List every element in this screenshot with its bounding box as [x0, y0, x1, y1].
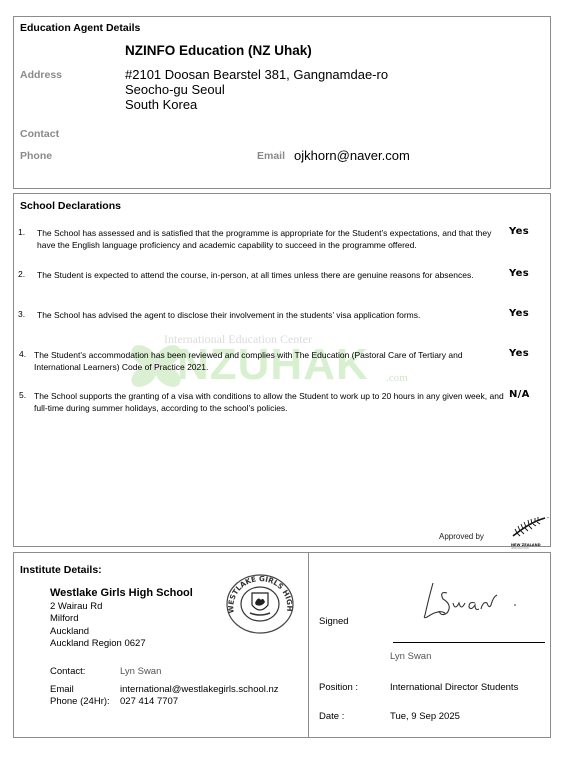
- declaration-number: 2.: [18, 269, 25, 279]
- school-address: 2 Wairau Rd Milford Auckland Auckland Re…: [50, 601, 146, 650]
- address-line: Milford: [50, 613, 146, 625]
- institute-email-label: Email: [50, 684, 74, 695]
- declaration-number: 1.: [18, 227, 25, 237]
- nz-immigration-logo: NEW ZEALAND IMMIGRATION: [511, 516, 549, 546]
- agent-details-section: Education Agent Details NZINFO Education…: [13, 16, 551, 189]
- institute-phone-value: 027 414 7707: [120, 696, 178, 708]
- declaration-number: 3.: [18, 309, 25, 319]
- contact-label: Contact: [20, 128, 59, 140]
- declarations-title: School Declarations: [20, 200, 121, 212]
- date-label: Date :: [319, 711, 344, 722]
- school-crest-icon: WESTLAKE GIRLS HIGH SCHOOL: [225, 573, 295, 635]
- agent-address: #2101 Doosan Bearstel 381, Gangnamdae-ro…: [125, 67, 388, 112]
- signed-label: Signed: [319, 616, 349, 627]
- declaration-answer: Yes: [509, 348, 529, 359]
- declaration-text: The School has assessed and is satisfied…: [37, 227, 507, 251]
- institute-contact-label: Contact:: [50, 666, 85, 677]
- position-value: International Director Students: [390, 682, 518, 694]
- declaration-text: The School supports the granting of a vi…: [34, 390, 504, 414]
- institute-email-value[interactable]: international@westlakegirls.school.nz: [120, 684, 279, 696]
- silver-fern-icon: [511, 516, 549, 538]
- institute-contact-value: Lyn Swan: [120, 666, 161, 677]
- declaration-number: 4.: [19, 349, 26, 359]
- approved-by-label: Approved by: [439, 532, 484, 541]
- address-line: South Korea: [125, 97, 388, 112]
- declaration-answer: Yes: [509, 268, 529, 279]
- address-line: 2 Wairau Rd: [50, 601, 146, 613]
- email-label: Email: [257, 150, 285, 162]
- declaration-text: The Student is expected to attend the co…: [37, 269, 507, 281]
- nz-logo-subtext: IMMIGRATION: [511, 547, 549, 550]
- school-name: Westlake Girls High School: [50, 587, 193, 599]
- signature-image: [419, 575, 549, 625]
- agent-name: NZINFO Education (NZ Uhak): [125, 43, 312, 58]
- address-line: Seocho-gu Seoul: [125, 82, 388, 97]
- watermark-suffix: .com: [386, 372, 408, 384]
- declaration-number: 5.: [19, 390, 26, 400]
- address-line: Auckland Region 0627: [50, 638, 146, 650]
- school-declarations-section: International Education Center NZUHAK .c…: [13, 193, 551, 547]
- column-divider: [308, 553, 309, 737]
- date-value: Tue, 9 Sep 2025: [390, 711, 460, 723]
- signature-line: [393, 642, 545, 643]
- institute-title: Institute Details:: [20, 564, 102, 576]
- email-value: ojkhorn@naver.com: [294, 148, 410, 163]
- agent-section-title: Education Agent Details: [20, 22, 140, 34]
- declaration-text: The School has advised the agent to disc…: [37, 309, 507, 321]
- declaration-text: The Student’s accommodation has been rev…: [34, 349, 504, 373]
- handwritten-signature-icon: [419, 575, 549, 625]
- institute-details-section: Institute Details: Westlake Girls High S…: [13, 552, 551, 738]
- school-seal: WESTLAKE GIRLS HIGH SCHOOL: [225, 573, 295, 635]
- address-label: Address: [20, 69, 62, 81]
- declaration-answer: Yes: [509, 308, 529, 319]
- watermark-tagline: International Education Center: [164, 332, 312, 347]
- declaration-answer: Yes: [509, 226, 529, 237]
- position-label: Position :: [319, 682, 358, 693]
- declaration-answer: N/A: [509, 389, 530, 400]
- address-line: #2101 Doosan Bearstel 381, Gangnamdae-ro: [125, 67, 388, 82]
- phone-label: Phone: [20, 150, 52, 162]
- address-line: Auckland: [50, 626, 146, 638]
- institute-phone-label: Phone (24Hr):: [50, 696, 110, 707]
- signer-name: Lyn Swan: [390, 651, 431, 662]
